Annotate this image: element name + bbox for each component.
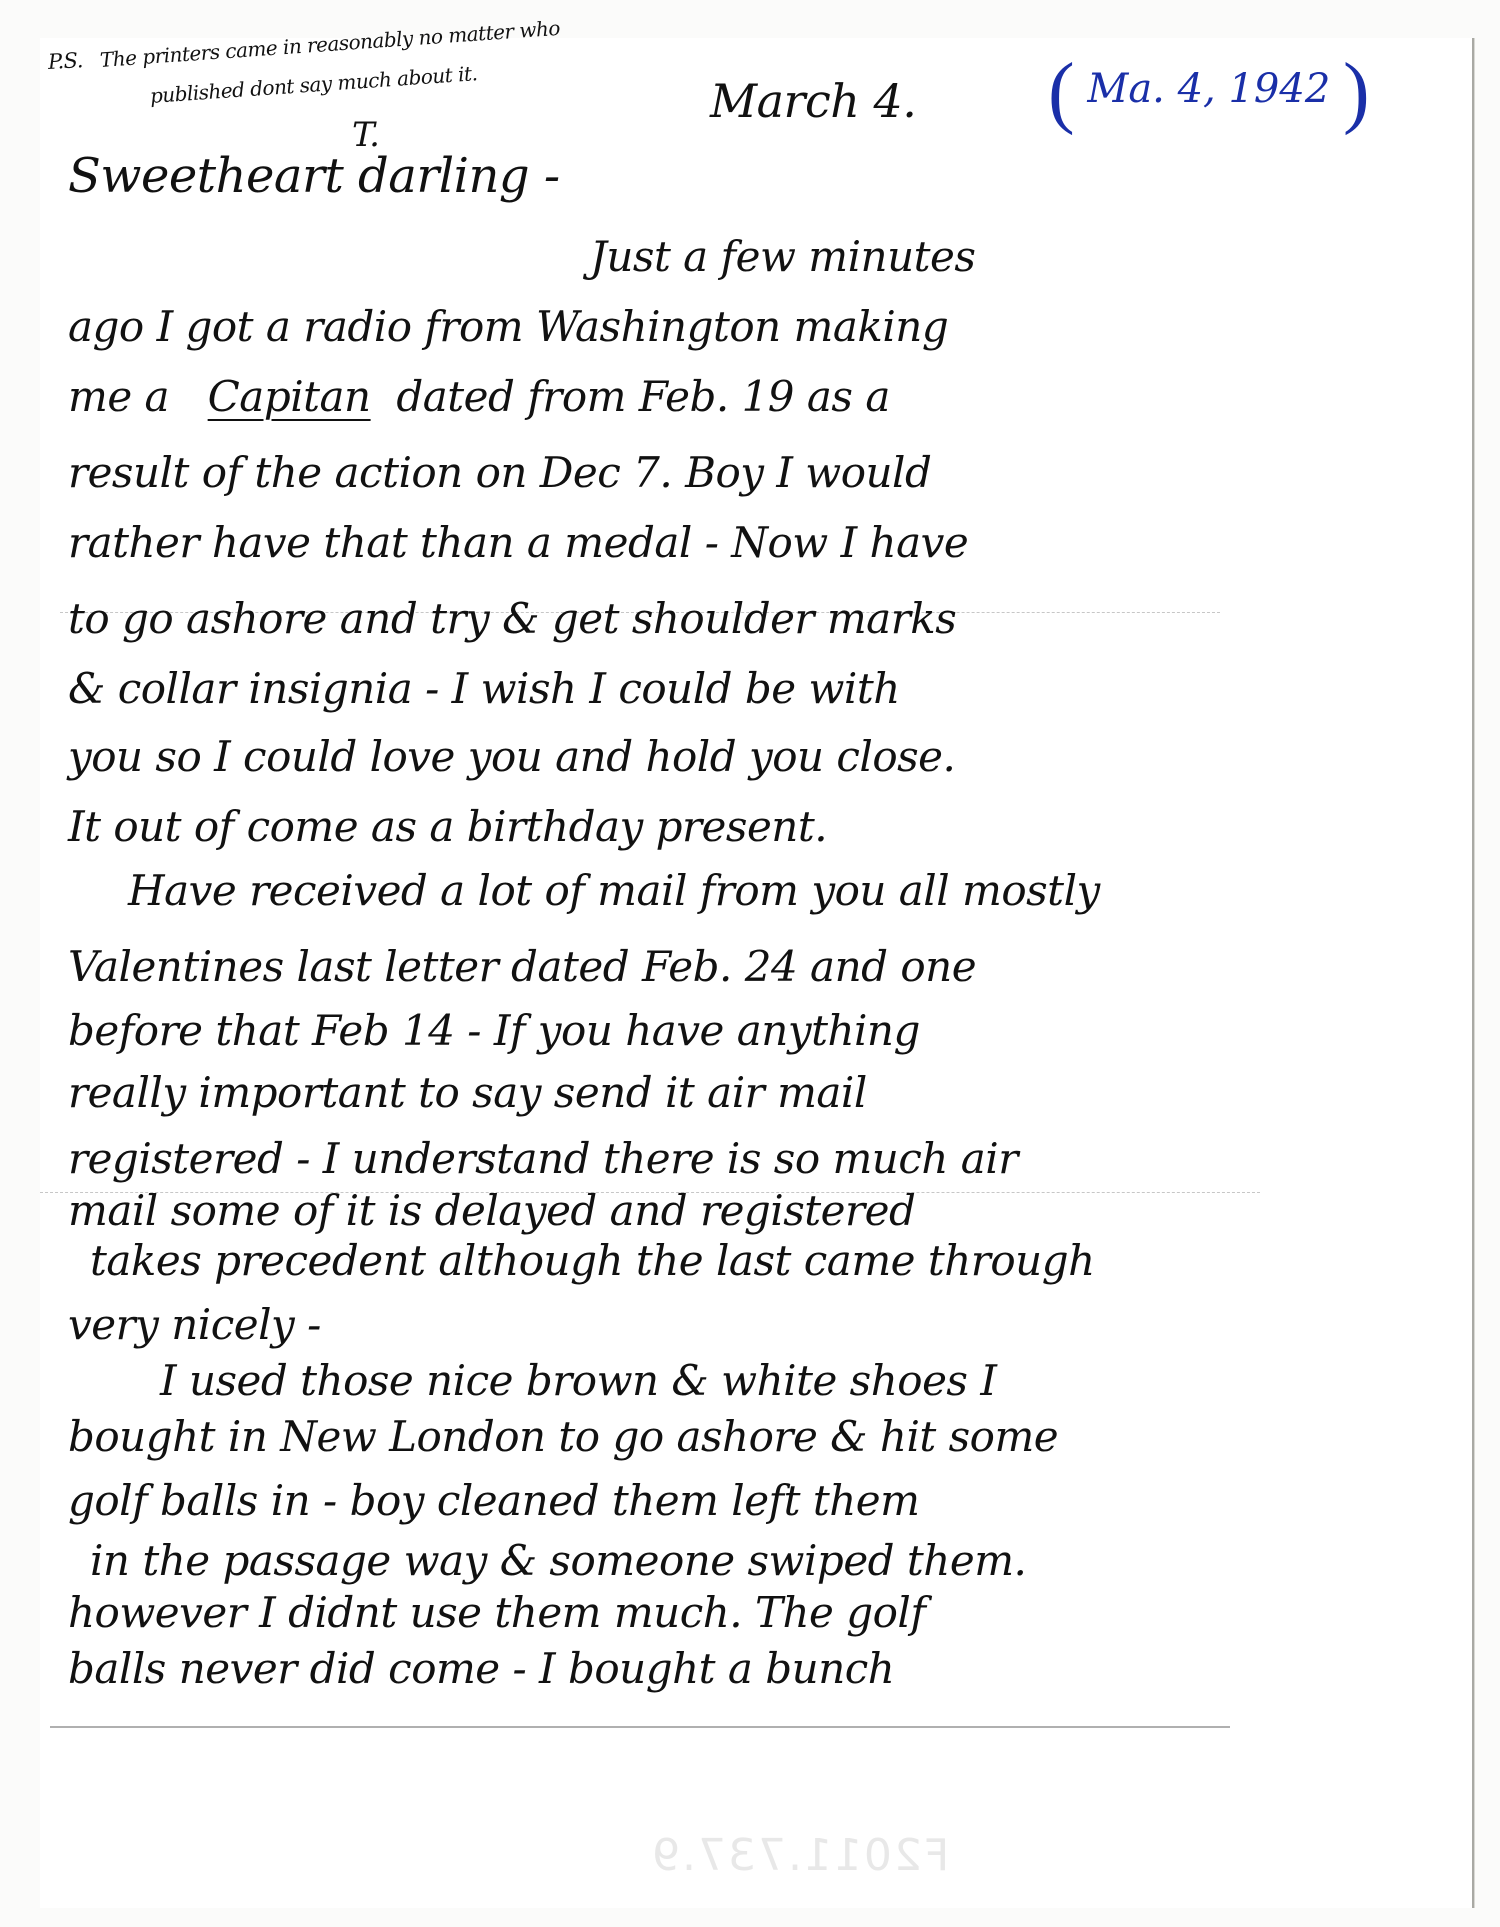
body-line-4: result of the action on Dec 7. Boy I wou… [68, 452, 931, 494]
salutation: Sweetheart darling - [68, 152, 560, 200]
body-line-13: really important to say send it air mail [68, 1072, 867, 1114]
body-line-14: registered - I understand there is so mu… [68, 1138, 1018, 1180]
archival-date-text: Ma. 4, 1942 [1087, 66, 1330, 112]
body-line-16: takes precedent although the last came t… [90, 1240, 1095, 1282]
body-line-9: It out of come as a birthday present. [68, 806, 827, 848]
body-line-7: & collar insignia - I wish I could be wi… [68, 668, 900, 710]
body-line-19: bought in New London to go ashore & hit … [68, 1416, 1058, 1458]
margin-mark: T. [352, 118, 380, 152]
archival-date-annotation: ( Ma. 4, 1942 ) [1048, 52, 1370, 132]
body-line-3: me a Capitan dated from Feb. 19 as a [68, 376, 890, 418]
body-line-22: however I didnt use them much. The golf [68, 1592, 925, 1634]
body-line-12: before that Feb 14 - If you have anythin… [68, 1010, 920, 1052]
body-line-20: golf balls in - boy cleaned them left th… [68, 1480, 919, 1522]
scanned-letter-page: P.S. The printers came in reasonably no … [0, 0, 1500, 1927]
body-line-23: balls never did come - I bought a bunch [68, 1648, 894, 1690]
close-paren: ) [1343, 48, 1370, 136]
body-line-1: Just a few minutes [590, 236, 975, 278]
body-line-8: you so I could love you and hold you clo… [68, 736, 955, 778]
body-line-15: mail some of it is delayed and registere… [68, 1190, 915, 1232]
body-line-18: I used those nice brown & white shoes I [160, 1360, 996, 1402]
body-line-3-start: me a [68, 372, 169, 421]
body-line-6: to go ashore and try & get shoulder mark… [68, 598, 956, 640]
body-line-2: ago I got a radio from Washington making [68, 306, 948, 348]
letter-date: March 4. [710, 78, 916, 124]
body-line-11: Valentines last letter dated Feb. 24 and… [68, 946, 976, 988]
body-line-3-end: dated from Feb. 19 as a [396, 372, 890, 421]
accession-number-bleed-through: F2011.737.9 [650, 1830, 949, 1881]
open-paren: ( [1048, 48, 1075, 136]
postscript-label: P.S. [47, 50, 83, 73]
rank-capitan-underlined: Capitan [208, 372, 371, 421]
body-line-5: rather have that than a medal - Now I ha… [68, 522, 968, 564]
body-line-17: very nicely - [68, 1304, 321, 1346]
body-line-21: in the passage way & someone swiped them… [90, 1540, 1026, 1582]
page-bottom-rule [50, 1726, 1230, 1728]
body-line-10: Have received a lot of mail from you all… [128, 870, 1100, 912]
